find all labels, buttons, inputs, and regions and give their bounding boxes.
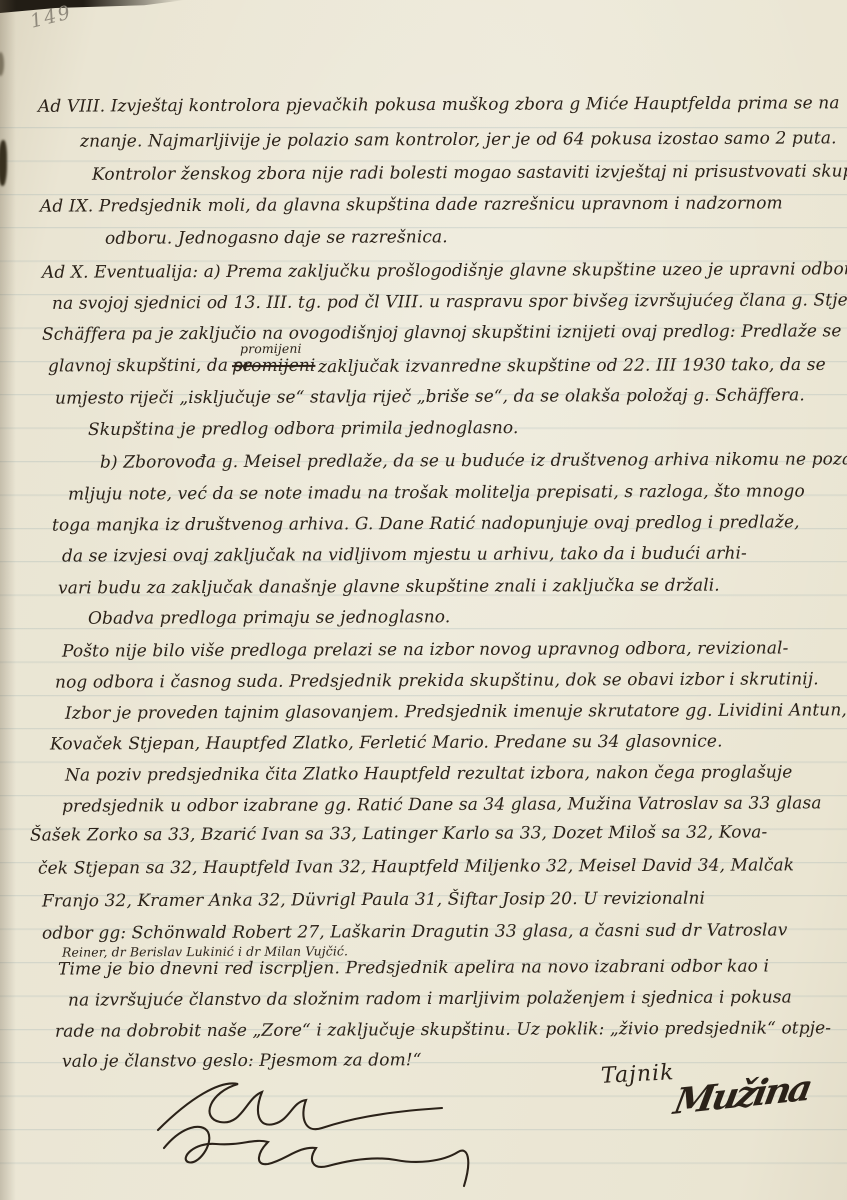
book-edge-notch bbox=[0, 140, 7, 186]
text-line: Na poziv predsjednika čita Zlatko Hauptf… bbox=[65, 762, 793, 785]
text-line: Pošto nije bilo više predloga prelazi se… bbox=[62, 638, 789, 661]
text-line: Ad VIII. Izvještaj kontrolora pjevačkih … bbox=[38, 93, 840, 116]
text-line: Izbor je proveden tajnim glasovanjem. Pr… bbox=[65, 700, 847, 723]
text-line: rade na dobrobit naše „Zore“ i zaključuj… bbox=[55, 1018, 831, 1041]
text-line: promijeni bbox=[240, 341, 302, 356]
text-line: na svojoj sjednici od 13. III. tg. pod č… bbox=[52, 290, 847, 314]
text-line: glavnoj skupštini, da se bbox=[48, 356, 253, 377]
text-line: toga manjka iz društvenog arhiva. G. Dan… bbox=[52, 512, 800, 535]
text-line: promijeni bbox=[232, 356, 316, 376]
text-line: Kontrolor ženskog zbora nije radi bolest… bbox=[92, 161, 847, 185]
text-line: znanje. Najmarljivije je polazio sam kon… bbox=[80, 128, 837, 151]
text-line: nog odbora i časnog suda. Predsjednik pr… bbox=[55, 669, 819, 692]
text-line: na izvršujuće članstvo da složnim radom … bbox=[68, 987, 792, 1010]
text-line: Ad X. Eventualija: a) Prema zaključku pr… bbox=[42, 259, 847, 283]
text-line: Time je bio dnevni red iscrpljen. Predsj… bbox=[58, 956, 769, 979]
manuscript-page: 149 Ad VIII. Izvještaj kontrolora pjevač… bbox=[0, 0, 847, 1200]
text-line: odboru. Jednogasno daje se razrešnica. bbox=[105, 227, 448, 248]
text-line: Schäffera pa je zaključio na ovogodišnjo… bbox=[42, 321, 842, 344]
text-line: odbor gg: Schönwald Robert 27, Laškarin … bbox=[42, 920, 788, 943]
text-line: valo je članstvo geslo: Pjesmom za dom!“ bbox=[62, 1050, 422, 1072]
text-line: Šašek Zorko sa 33, Bzarić Ivan sa 33, La… bbox=[30, 822, 767, 845]
text-line: predsjednik u odbor izabrane gg. Ratić D… bbox=[62, 793, 822, 816]
secretary-signature: Mužina bbox=[671, 1067, 813, 1123]
text-line: zaključak izvanredne skupštine od 22. II… bbox=[318, 355, 826, 377]
text-line: Kovaček Stjepan, Hauptfed Zlatko, Ferlet… bbox=[50, 732, 723, 755]
text-line: ček Stjepan sa 32, Hauptfeld Ivan 32, Ha… bbox=[38, 855, 794, 878]
text-line: mljuju note, već da se note imadu na tro… bbox=[68, 481, 805, 504]
text-line: vari budu za zaključak današnje glavne s… bbox=[58, 576, 720, 599]
text-line: b) Zborovođa g. Meisel predlaže, da se u… bbox=[100, 449, 847, 472]
secretary-label: Tajnik bbox=[600, 1060, 675, 1089]
text-line: da se izvjesi ovaj zaključak na vidljivo… bbox=[62, 544, 747, 567]
text-line: Reiner, dr Berislav Lukinić i dr Milan V… bbox=[62, 943, 348, 959]
text-line: Skupština je predlog odbora primila jedn… bbox=[88, 418, 519, 440]
signature-scrawl-2 bbox=[158, 1108, 488, 1193]
text-line: Franjo 32, Kramer Anka 32, Düvrigl Paula… bbox=[42, 889, 705, 912]
text-line: Obadva predloga primaju se jednoglasno. bbox=[88, 607, 450, 629]
text-line: Ad IX. Predsjednik moli, da glavna skupš… bbox=[40, 193, 783, 216]
text-line: umjesto riječi „isključuje se“ stavlja r… bbox=[55, 385, 805, 408]
